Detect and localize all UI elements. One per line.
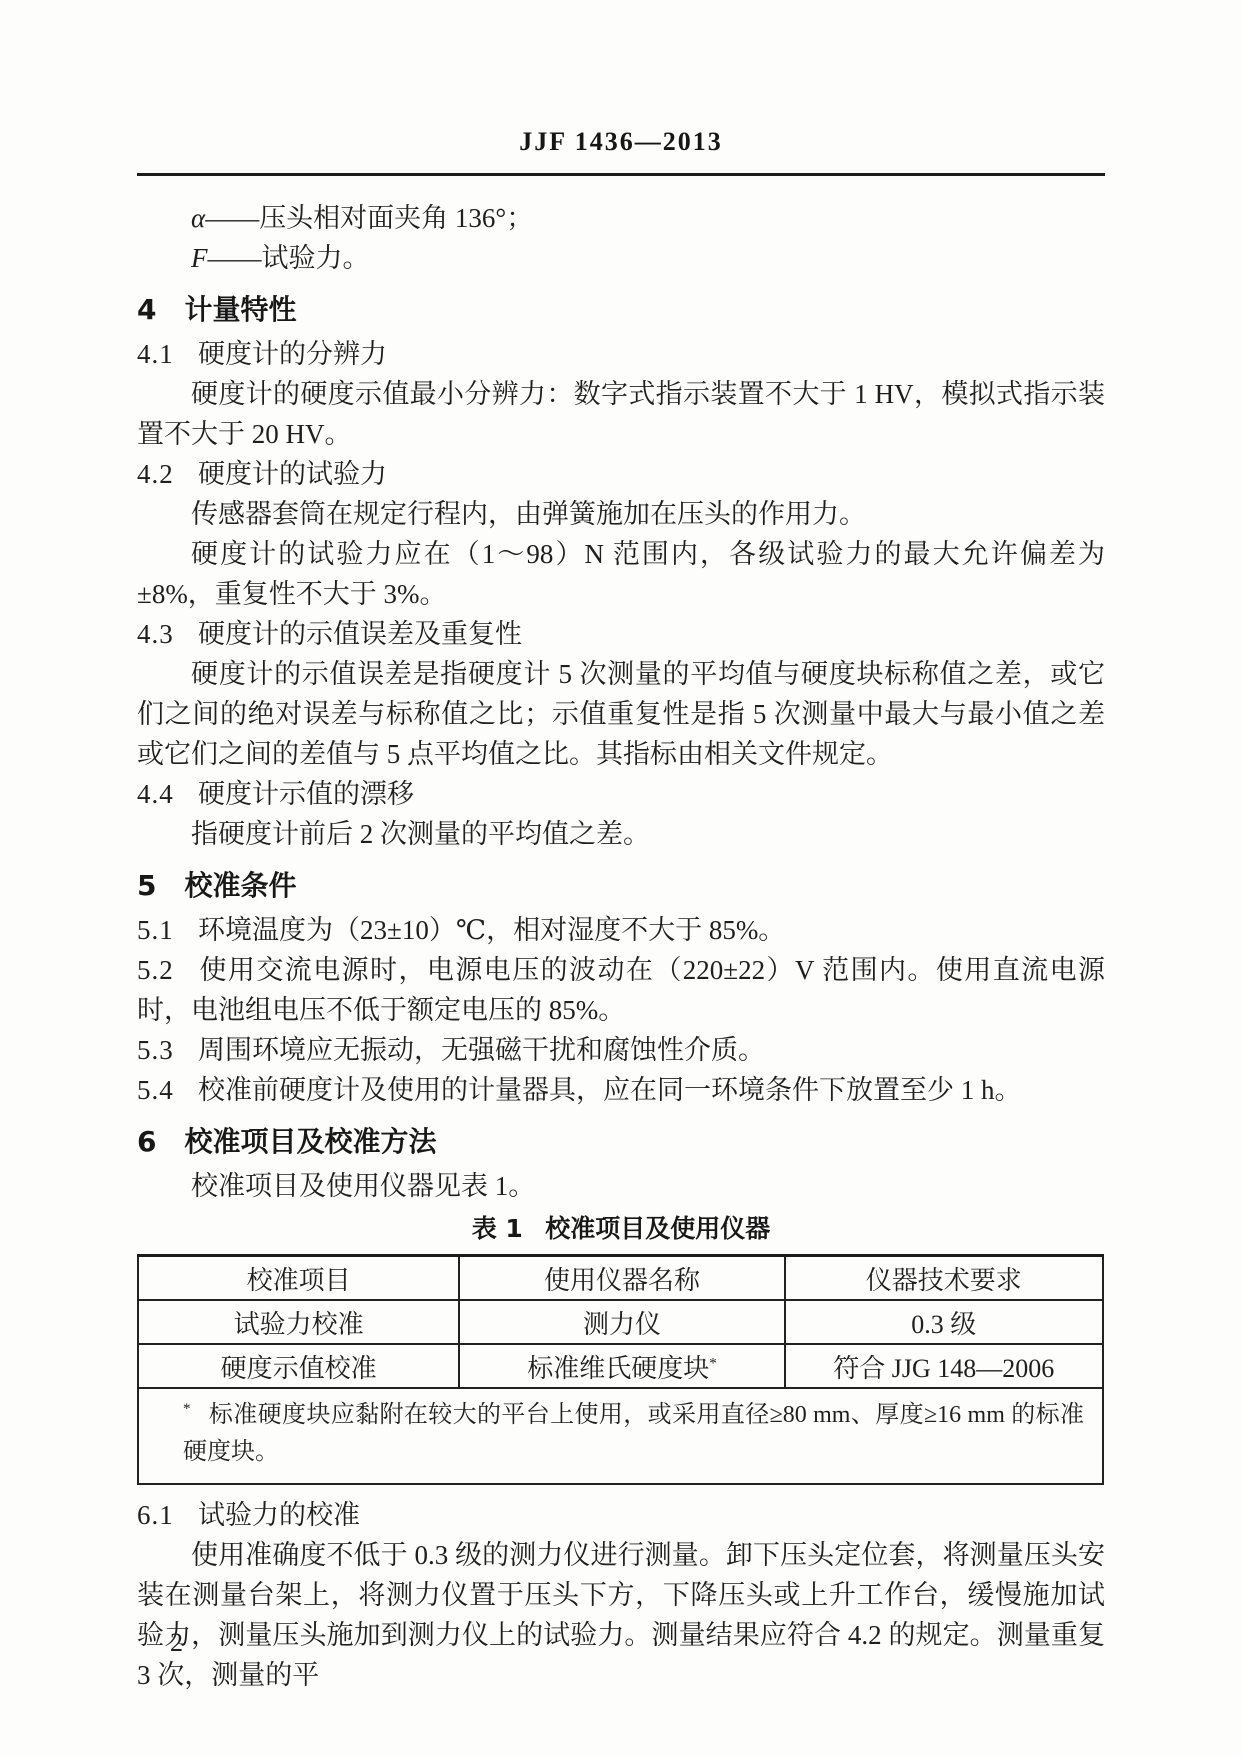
paragraph: 硬度计的示值误差是指硬度计 5 次测量的平均值与硬度块标称值之差，或它们之间的绝… <box>137 654 1105 774</box>
section-number: 5 <box>137 869 156 902</box>
clause-title: 硬度计的示值误差及重复性 <box>198 619 522 649</box>
section-title: 计量特性 <box>184 293 296 326</box>
document-page: JJF 1436—2013 α——压头相对面夹角 136°； F——试验力。 4… <box>0 0 1242 1756</box>
paragraph: 硬度计的硬度示值最小分辨力：数字式指示装置不大于 1 HV，模拟式指示装置不大于… <box>137 374 1105 454</box>
table-caption-title: 校准项目及使用仪器 <box>545 1214 770 1243</box>
definition-alpha: α——压头相对面夹角 136°； <box>137 198 1105 238</box>
clause-text: 周围环境应无振动，无强磁干扰和腐蚀性介质。 <box>198 1035 765 1065</box>
clause-number: 5.1 <box>137 915 174 945</box>
section-5-heading: 5校准条件 <box>137 866 1105 906</box>
symbol-alpha: α <box>191 203 205 233</box>
clause-6-1-heading: 6.1试验力的校准 <box>137 1495 1105 1535</box>
table-row: 硬度示值校准 标准维氏硬度块* 符合 JJG 148—2006 <box>138 1344 1103 1388</box>
clause-text: 使用交流电源时，电源电压的波动在（220±22）V 范围内。使用直流电源时，电池… <box>137 955 1105 1025</box>
paragraph: 硬度计的试验力应在（1～98）N 范围内，各级试验力的最大允许偏差为±8%，重复… <box>137 534 1105 614</box>
cell-requirement: 符合 JJG 148—2006 <box>785 1344 1103 1388</box>
clause-number: 6.1 <box>137 1500 174 1530</box>
clause-4-3-heading: 4.3硬度计的示值误差及重复性 <box>137 614 1105 654</box>
clause-title: 硬度计的试验力 <box>198 459 387 489</box>
column-header-item: 校准项目 <box>138 1256 459 1301</box>
footnote-marker: * <box>709 1355 717 1371</box>
section-title: 校准条件 <box>184 869 296 902</box>
cell-text: 标准维氏硬度块 <box>527 1354 709 1383</box>
clause-text: 校准前硬度计及使用的计量器具，应在同一环境条件下放置至少 1 h。 <box>198 1075 1022 1105</box>
clause-number: 4.2 <box>137 459 174 489</box>
clause-4-4-heading: 4.4硬度计示值的漂移 <box>137 774 1105 814</box>
clause-title: 硬度计示值的漂移 <box>198 779 414 809</box>
clause-number: 4.1 <box>137 339 174 369</box>
section-title: 校准项目及校准方法 <box>184 1125 436 1158</box>
definition-text: ——试验力。 <box>208 243 370 273</box>
column-header-instrument: 使用仪器名称 <box>459 1256 784 1301</box>
doc-code: JJF 1436—2013 <box>137 125 1105 159</box>
table-row: 试验力校准 测力仪 0.3 级 <box>138 1300 1103 1344</box>
clause-title: 试验力的校准 <box>198 1500 360 1530</box>
clause-4-2-heading: 4.2硬度计的试验力 <box>137 454 1105 494</box>
clause-5-1: 5.1环境温度为（23±10）℃，相对湿度不大于 85%。 <box>137 910 1105 950</box>
cell-instrument: 测力仪 <box>459 1300 784 1344</box>
paragraph: 使用准确度不低于 0.3 级的测力仪进行测量。卸下压头定位套，将测量压头安装在测… <box>137 1535 1105 1695</box>
section-number: 4 <box>137 293 156 326</box>
section-6-heading: 6校准项目及校准方法 <box>137 1122 1105 1162</box>
clause-number: 5.2 <box>137 955 174 985</box>
definition-text: ——压头相对面夹角 136°； <box>205 203 533 233</box>
table-caption-label: 表 1 <box>472 1214 523 1243</box>
header-rule <box>137 173 1105 176</box>
page-number: 2 <box>170 1628 183 1658</box>
calibration-items-table: 校准项目 使用仪器名称 仪器技术要求 试验力校准 测力仪 0.3 级 硬度示值校… <box>137 1254 1104 1485</box>
definition-force: F——试验力。 <box>137 238 1105 278</box>
footnote-marker: * <box>183 1401 191 1417</box>
paragraph: 传感器套筒在规定行程内，由弹簧施加在压头的作用力。 <box>137 494 1105 534</box>
symbol-f: F <box>191 243 208 273</box>
clause-5-2: 5.2使用交流电源时，电源电压的波动在（220±22）V 范围内。使用直流电源时… <box>137 950 1105 1030</box>
table-footnote: *标准硬度块应黏附在较大的平台上使用，或采用直径≥80 mm、厚度≥16 mm … <box>138 1388 1103 1484</box>
clause-4-1-heading: 4.1硬度计的分辨力 <box>137 334 1105 374</box>
column-header-requirement: 仪器技术要求 <box>785 1256 1103 1301</box>
cell-item: 硬度示值校准 <box>138 1344 459 1388</box>
paragraph: 校准项目及使用仪器见表 1。 <box>137 1166 1105 1206</box>
clause-5-3: 5.3周围环境应无振动，无强磁干扰和腐蚀性介质。 <box>137 1030 1105 1070</box>
table-footnote-row: *标准硬度块应黏附在较大的平台上使用，或采用直径≥80 mm、厚度≥16 mm … <box>138 1388 1103 1484</box>
clause-number: 4.3 <box>137 619 174 649</box>
section-4-heading: 4计量特性 <box>137 290 1105 330</box>
table-header-row: 校准项目 使用仪器名称 仪器技术要求 <box>138 1256 1103 1301</box>
cell-item: 试验力校准 <box>138 1300 459 1344</box>
clause-text: 环境温度为（23±10）℃，相对湿度不大于 85%。 <box>198 915 785 945</box>
table-caption: 表 1校准项目及使用仪器 <box>137 1212 1105 1246</box>
clause-number: 4.4 <box>137 779 174 809</box>
clause-title: 硬度计的分辨力 <box>198 339 387 369</box>
footnote-text: 标准硬度块应黏附在较大的平台上使用，或采用直径≥80 mm、厚度≥16 mm 的… <box>183 1402 1084 1465</box>
cell-requirement: 0.3 级 <box>785 1300 1103 1344</box>
paragraph: 指硬度计前后 2 次测量的平均值之差。 <box>137 814 1105 854</box>
clause-number: 5.3 <box>137 1035 174 1065</box>
symbol-definitions: α——压头相对面夹角 136°； F——试验力。 <box>137 198 1105 278</box>
clause-5-4: 5.4校准前硬度计及使用的计量器具，应在同一环境条件下放置至少 1 h。 <box>137 1070 1105 1110</box>
clause-number: 5.4 <box>137 1075 174 1105</box>
cell-instrument: 标准维氏硬度块* <box>459 1344 784 1388</box>
page-content: JJF 1436—2013 α——压头相对面夹角 136°； F——试验力。 4… <box>137 125 1105 1695</box>
section-number: 6 <box>137 1125 156 1158</box>
